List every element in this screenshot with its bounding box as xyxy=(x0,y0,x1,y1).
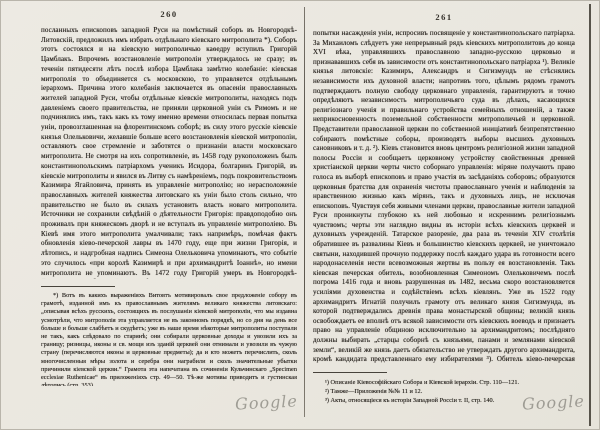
page-260: 260 посланныхъ епископовъ западной Руси … xyxy=(41,9,297,386)
google-watermark-left: Google xyxy=(235,391,299,413)
page-number-right: 261 xyxy=(313,12,575,22)
scan-right-edge xyxy=(589,4,591,426)
page-gutter-line xyxy=(304,7,305,417)
footnote-rule-left xyxy=(41,286,115,287)
footnote-right-1: ¹) Описаніе Кіевософійскаго Собора и Кіе… xyxy=(325,378,575,387)
footnote-left: *) Вотъ въ какихъ выраженіяхъ Витовтъ мо… xyxy=(41,292,297,386)
page-number-left: 260 xyxy=(41,9,297,19)
page-body-right: попытки насажденія уніи, испросивъ посвя… xyxy=(313,29,575,365)
book-scan: 260 посланныхъ епископовъ западной Руси … xyxy=(0,0,600,430)
page-261: 261 попытки насажденія уніи, испросивъ п… xyxy=(313,12,575,405)
page-body-left: посланныхъ епископовъ западной Руси на п… xyxy=(41,26,297,279)
google-watermark-right: Google xyxy=(522,391,586,413)
footnote-rule-right xyxy=(313,372,387,373)
